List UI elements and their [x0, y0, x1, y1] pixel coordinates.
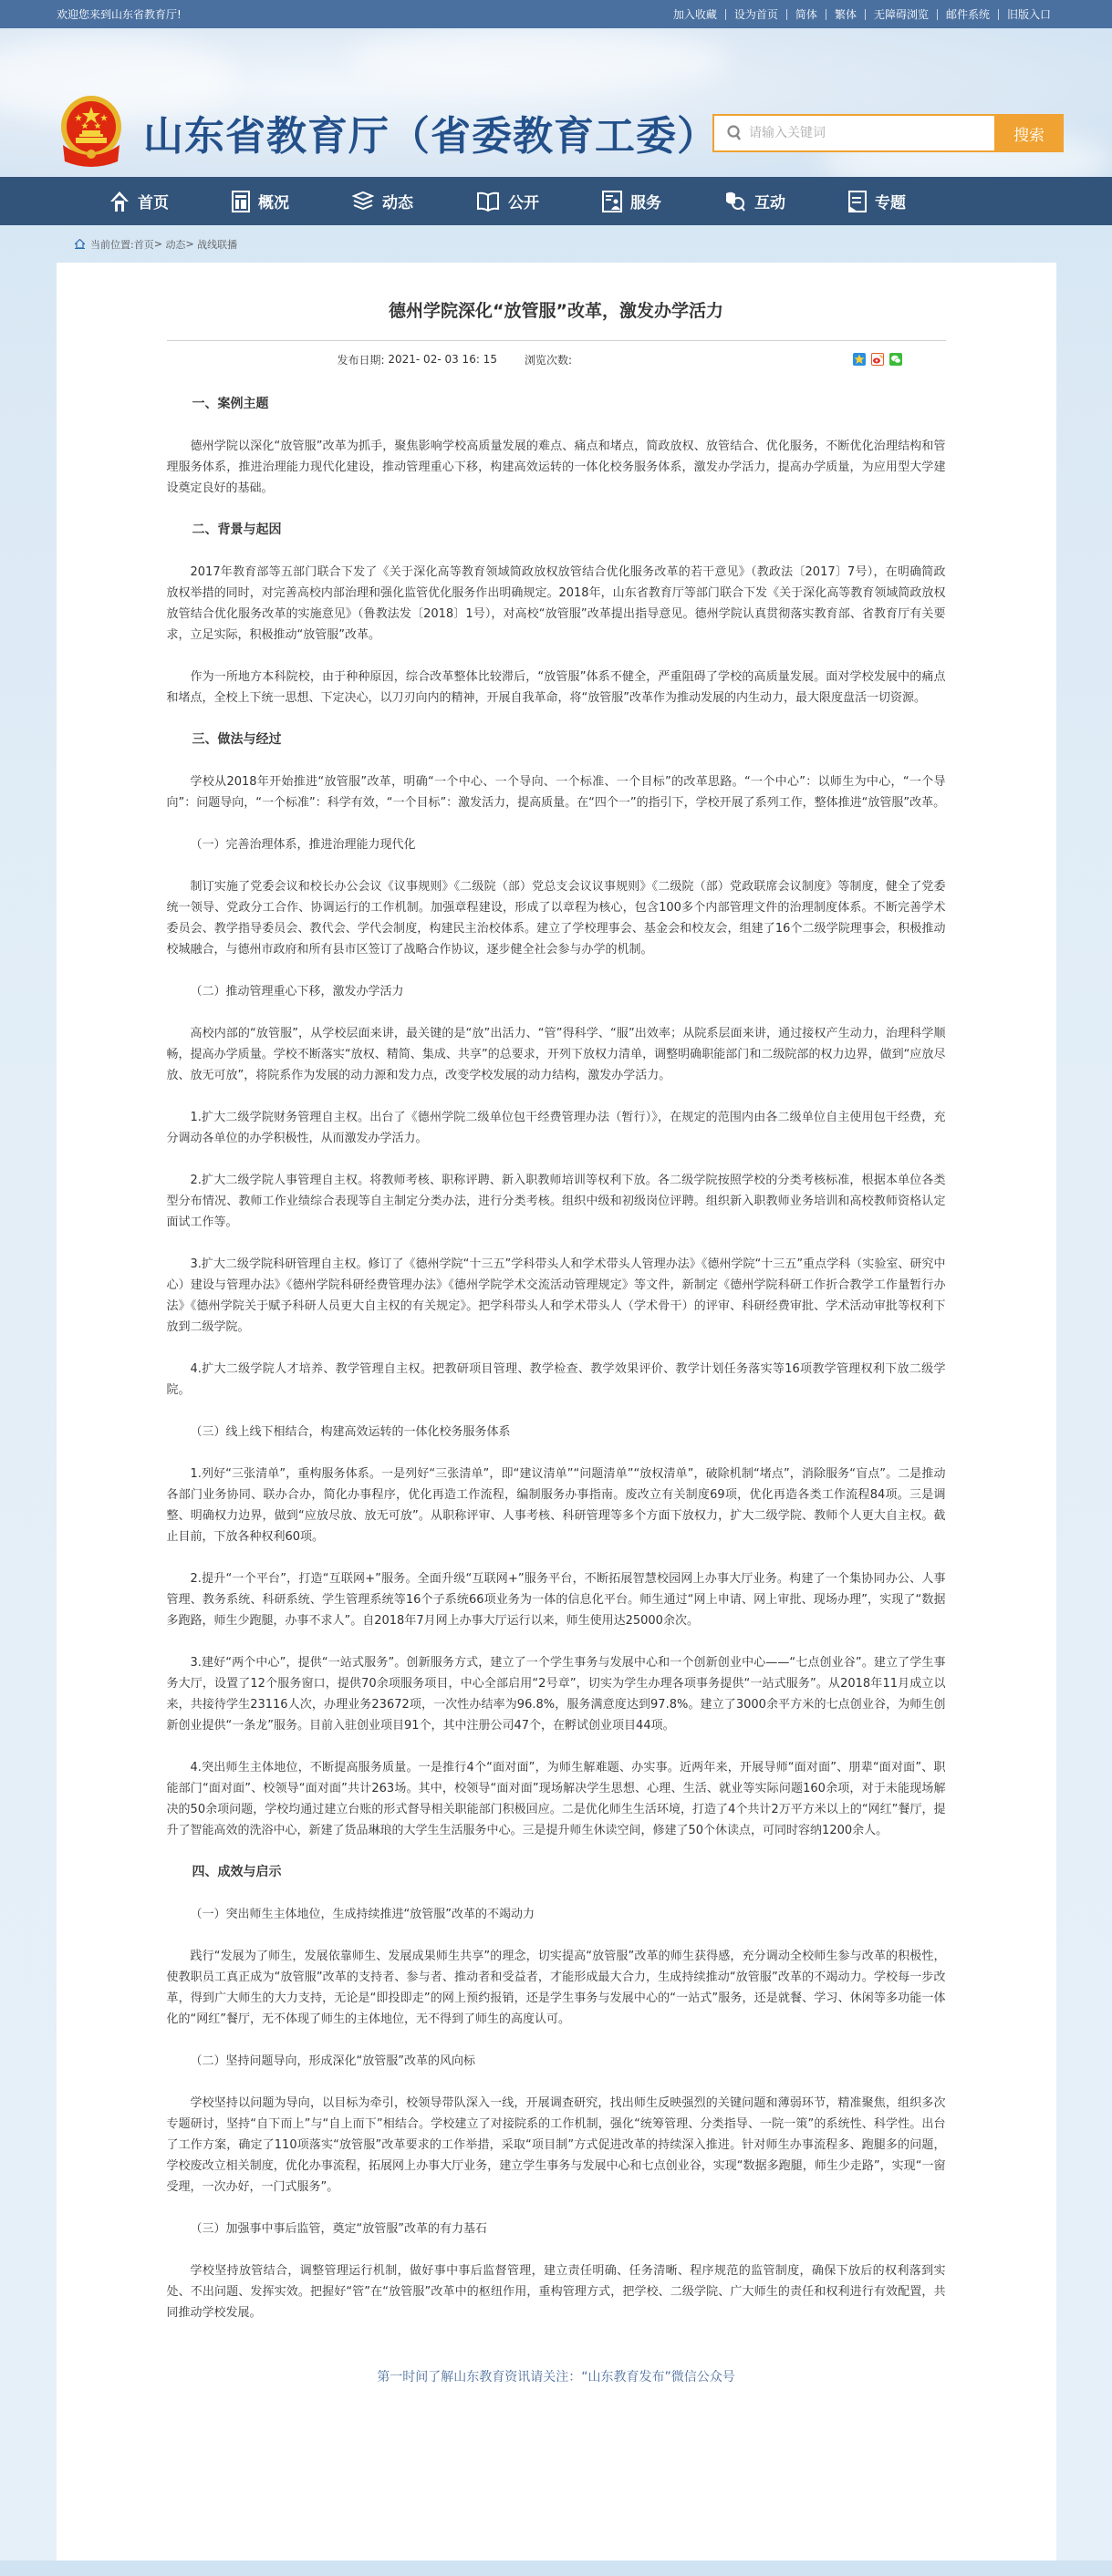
nav-label: 动态 — [382, 190, 413, 212]
paragraph: 学校坚持以问题为导向，以目标为牵引，校领导带队深入一线，开展调查研究，找出师生反… — [167, 2093, 946, 2198]
breadcrumb-separator: > — [185, 238, 193, 250]
publish-date: 2021- 02- 03 16: 15 — [388, 353, 497, 366]
paragraph: 高校内部的“放管服”，从学校层面来讲，最关键的是“放”出活力、“管”得科学、“服… — [167, 1023, 946, 1086]
nav-label: 首页 — [138, 190, 169, 212]
subsection-heading: （一）突出师生主体地位，生成持续推进“放管服”改革的不竭动力 — [167, 1904, 946, 1925]
breadcrumb-current[interactable]: 战线联播 — [197, 237, 237, 252]
article-container: 德州学院深化“放管服”改革，激发办学活力 发布日期: 2021- 02- 03 … — [57, 263, 1056, 2560]
nav-label: 互动 — [754, 190, 785, 212]
search-icon — [727, 125, 742, 141]
view-count-label: 浏览次数: — [525, 352, 572, 367]
traditional-chinese-link[interactable]: 繁体 — [826, 6, 865, 22]
paragraph: 2.扩大二级学院人事管理自主权。将教师考核、职称评聘、新入职教师培训等权利下放。… — [167, 1170, 946, 1233]
subsection-heading: （二）坚持问题导向，形成深化“放管服”改革的风向标 — [167, 2051, 946, 2072]
section-heading: 四、成效与启示 — [167, 1862, 946, 1883]
paragraph: 4.突出师生主体地位，不断提高服务质量。一是推行4个“面对面”，为师生解难题、办… — [167, 1757, 946, 1841]
nav-label: 专题 — [875, 190, 906, 212]
site-header: 山东省教育厅（省委教育工委） 搜索 — [0, 28, 1112, 177]
breadcrumb-home[interactable]: 首页 — [134, 237, 154, 252]
paragraph: 3.建好“两个中心”，提供“一站式服务”。创新服务方式，建立了一个学生事务与发展… — [167, 1652, 946, 1736]
paragraph: 3.扩大二级学院科研管理自主权。修订了《德州学院“十三五”学科带头人和学术带头人… — [167, 1254, 946, 1338]
nav-item-service[interactable]: 服务 — [602, 190, 661, 212]
news-stack-icon — [352, 191, 374, 212]
nav-item-topics[interactable]: 专题 — [848, 190, 906, 212]
accessibility-link[interactable]: 无障碍浏览 — [866, 6, 937, 22]
nav-label: 服务 — [630, 190, 661, 212]
nav-item-home[interactable]: 首页 — [109, 190, 169, 212]
main-nav: 首页 概况 动态 公开 服务 — [0, 177, 1112, 225]
paragraph: 2.提升“一个平台”，打造“互联网+”服务。全面升级“互联网+”服务平台，不断拓… — [167, 1568, 946, 1631]
publish-date-label: 发布日期: — [338, 352, 385, 367]
welcome-text: 欢迎您来到山东省教育厅! — [57, 6, 182, 22]
search-input[interactable] — [749, 126, 950, 140]
top-bar: 欢迎您来到山东省教育厅! 加入收藏 设为首页 简体 繁体 无障碍浏览 邮件系统 … — [0, 0, 1112, 28]
paragraph: 2017年教育部等五部门联合下发了《关于深化高等教育领域简政放权放管结合优化服务… — [167, 562, 946, 646]
article-title: 德州学院深化“放管服”改革，激发办学活力 — [57, 297, 1056, 322]
paragraph: 学校坚持放管结合，调整管理运行机制，做好事中事后监督管理，建立责任明确、任务清晰… — [167, 2260, 946, 2323]
breadcrumb: 当前位置: 首页 > 动态 > 战线联播 — [0, 225, 1112, 263]
mail-system-link[interactable]: 邮件系统 — [938, 6, 998, 22]
paragraph: 践行“发展为了师生，发展依靠师生、发展成果师生共享”的理念，切实提高“放管服”改… — [167, 1946, 946, 2030]
breadcrumb-news[interactable]: 动态 — [165, 237, 185, 252]
section-heading: 一、案例主题 — [167, 394, 946, 415]
article-body: 一、案例主题 德州学院以深化“放管服”改革为抓手，聚焦影响学校高质量发展的难点、… — [167, 394, 946, 2323]
top-links: 加入收藏 设为首页 简体 繁体 无障碍浏览 邮件系统 旧版入口 — [665, 6, 1059, 22]
open-book-icon — [476, 191, 500, 212]
site-title: 山东省教育厅（省委教育工委） — [143, 103, 718, 161]
paragraph: 4.扩大二级学院人才培养、教学管理自主权。把教研项目管理、教学检查、教学效果评价… — [167, 1359, 946, 1401]
home-icon — [109, 191, 130, 212]
document-icon — [848, 191, 867, 212]
nav-item-news[interactable]: 动态 — [352, 190, 413, 212]
wechat-follow-note: 第一时间了解山东教育资讯请关注：“山东教育发布”微信公众号 — [57, 2367, 1056, 2385]
subsection-heading: （三）线上线下相结合，构建高效运转的一体化校务服务体系 — [167, 1422, 946, 1443]
add-favorite-link[interactable]: 加入收藏 — [665, 6, 725, 22]
subsection-heading: （三）加强事中事后监管，奠定“放管服”改革的有力基石 — [167, 2219, 946, 2240]
share-buttons — [853, 353, 902, 366]
search-box: 搜索 — [712, 114, 1064, 152]
weibo-icon[interactable] — [871, 353, 884, 366]
paragraph: 1.扩大二级学院财务管理自主权。出台了《德州学院二级单位包干经费管理办法（暂行）… — [167, 1107, 946, 1149]
search-field — [712, 114, 994, 152]
article-meta: 发布日期: 2021- 02- 03 16: 15 浏览次数: — [167, 341, 946, 378]
old-version-link[interactable]: 旧版入口 — [999, 6, 1059, 22]
national-emblem-icon — [57, 94, 126, 167]
overview-icon — [232, 191, 250, 212]
set-homepage-link[interactable]: 设为首页 — [726, 6, 786, 22]
paragraph: 德州学院以深化“放管服”改革为抓手，聚焦影响学校高质量发展的难点、痛点和堵点，简… — [167, 436, 946, 499]
paragraph: 1.列好“三张清单”，重构服务体系。一是列好“三张清单”，即“建议清单”“问题清… — [167, 1464, 946, 1547]
breadcrumb-prefix: 当前位置: — [90, 237, 134, 252]
section-heading: 三、做法与经过 — [167, 729, 946, 750]
nav-item-public[interactable]: 公开 — [476, 190, 539, 212]
cloud-decoration — [347, 28, 730, 92]
nav-label: 公开 — [508, 190, 539, 212]
paragraph: 作为一所地方本科院校，由于种种原因，综合改革整体比较滞后，“放管服”体系不健全，… — [167, 667, 946, 709]
breadcrumb-separator: > — [154, 238, 162, 250]
qzone-icon[interactable] — [853, 353, 866, 366]
nav-item-interact[interactable]: 互动 — [724, 190, 785, 212]
chat-icon — [724, 191, 746, 212]
wechat-icon[interactable] — [889, 353, 902, 366]
search-button[interactable]: 搜索 — [994, 114, 1064, 152]
subsection-heading: （一）完善治理体系，推进治理能力现代化 — [167, 834, 946, 855]
simplified-chinese-link[interactable]: 简体 — [787, 6, 826, 22]
breadcrumb-home-icon — [75, 239, 85, 249]
nav-item-overview[interactable]: 概况 — [232, 190, 289, 212]
paragraph: 学校从2018年开始推进“放管服”改革，明确“一个中心、一个导向、一个标准、一个… — [167, 771, 946, 813]
nav-label: 概况 — [258, 190, 289, 212]
subsection-heading: （二）推动管理重心下移，激发办学活力 — [167, 981, 946, 1002]
section-heading: 二、背景与起因 — [167, 520, 946, 541]
service-icon — [602, 191, 622, 212]
paragraph: 制订实施了党委会议和校长办公会议《议事规则》《二级院（部）党总支会议议事规则》《… — [167, 876, 946, 960]
